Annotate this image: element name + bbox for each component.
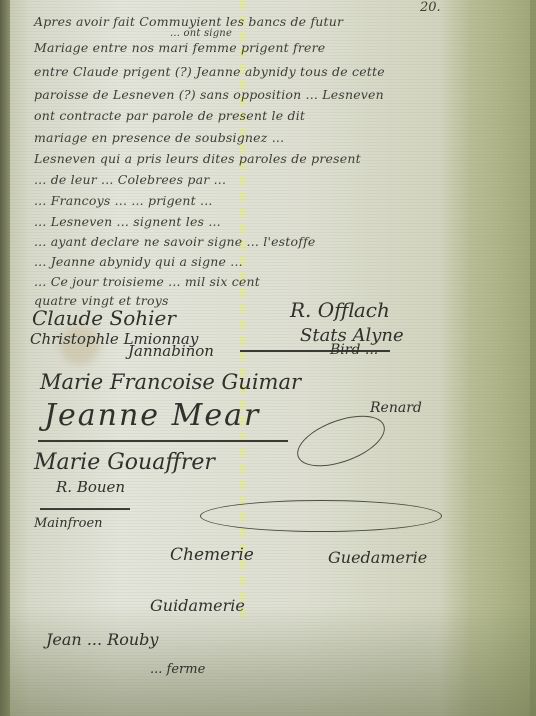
paraph-flourish-2: [200, 500, 442, 532]
paraph-flourish: [291, 406, 392, 477]
text-line-11: ... ayant declare ne savoir signe ... l'…: [34, 234, 316, 249]
separator-rule: [38, 440, 288, 442]
text-line-14: quatre vingt et troys: [34, 293, 169, 308]
register-page: 20. Apres avoir fait Commuyient les banc…: [0, 0, 536, 716]
folio-number: 20.: [420, 0, 441, 15]
text-line-6: mariage en presence de soubsignez ...: [34, 130, 284, 145]
signature-claude-sohier: Claude Sohier: [32, 306, 176, 330]
signature-guidamerie: Guidamerie: [150, 596, 245, 615]
text-line-3: entre Claude prigent (?) Jeanne abynidy …: [34, 64, 385, 79]
text-line-7: Lesneven qui a pris leurs dites paroles …: [34, 151, 361, 166]
signature-marie-gouaffrer: Marie Gouaffrer: [34, 450, 215, 475]
signature-offlach: R. Offlach: [290, 298, 390, 322]
page-fold-crease: [240, 0, 246, 620]
text-line-12: ... Jeanne abynidy qui a signe ...: [34, 254, 243, 269]
signature-underline: [240, 350, 390, 352]
signature-bird: Bird ...: [330, 342, 378, 358]
text-line-2: Mariage entre nos mari femme prigent fre…: [34, 40, 325, 55]
signature-christophle: Christophle Lmionnay: [30, 330, 198, 348]
signature-bouen: R. Bouen: [56, 478, 125, 496]
text-line-9: ... Francoys ... ... prigent ...: [34, 193, 213, 208]
signature-jannabinon: Jannabinon: [128, 342, 214, 360]
page-shadow: [0, 606, 536, 716]
signature-renard: Renard: [370, 400, 422, 416]
signature-chemerie: Chemerie: [170, 545, 254, 565]
book-binding: [0, 0, 10, 716]
signature-ferme: ... ferme: [150, 662, 205, 677]
paper-stain: [60, 325, 100, 365]
text-line-10: ... Lesneven ... signent les ...: [34, 214, 221, 229]
signature-guedamerie: Guedamerie: [328, 548, 427, 567]
signature-marie-francoise-guimar: Marie Francoise Guimar: [40, 370, 301, 394]
text-line-8: ... de leur ... Colebrees par ...: [34, 172, 226, 187]
signature-mainfroen: Mainfroen: [34, 516, 103, 531]
text-line-5: ont contracte par parole de present le d…: [34, 108, 305, 123]
signature-jeanne-mear: Jeanne Mear: [44, 398, 260, 433]
page-edge: [530, 0, 536, 716]
signature-underline-bouen: [40, 508, 130, 510]
signature-alyne: Stats Alyne: [300, 325, 404, 346]
text-line-1: Apres avoir fait Commuyient les bancs de…: [34, 14, 343, 29]
text-line-4: paroisse de Lesneven (?) sans opposition…: [34, 87, 384, 102]
interlinear-insert: ... ont signe: [170, 28, 232, 39]
signature-jean-rouby: Jean ... Rouby: [46, 630, 158, 649]
text-line-13: ... Ce jour troisieme ... mil six cent: [34, 274, 260, 289]
